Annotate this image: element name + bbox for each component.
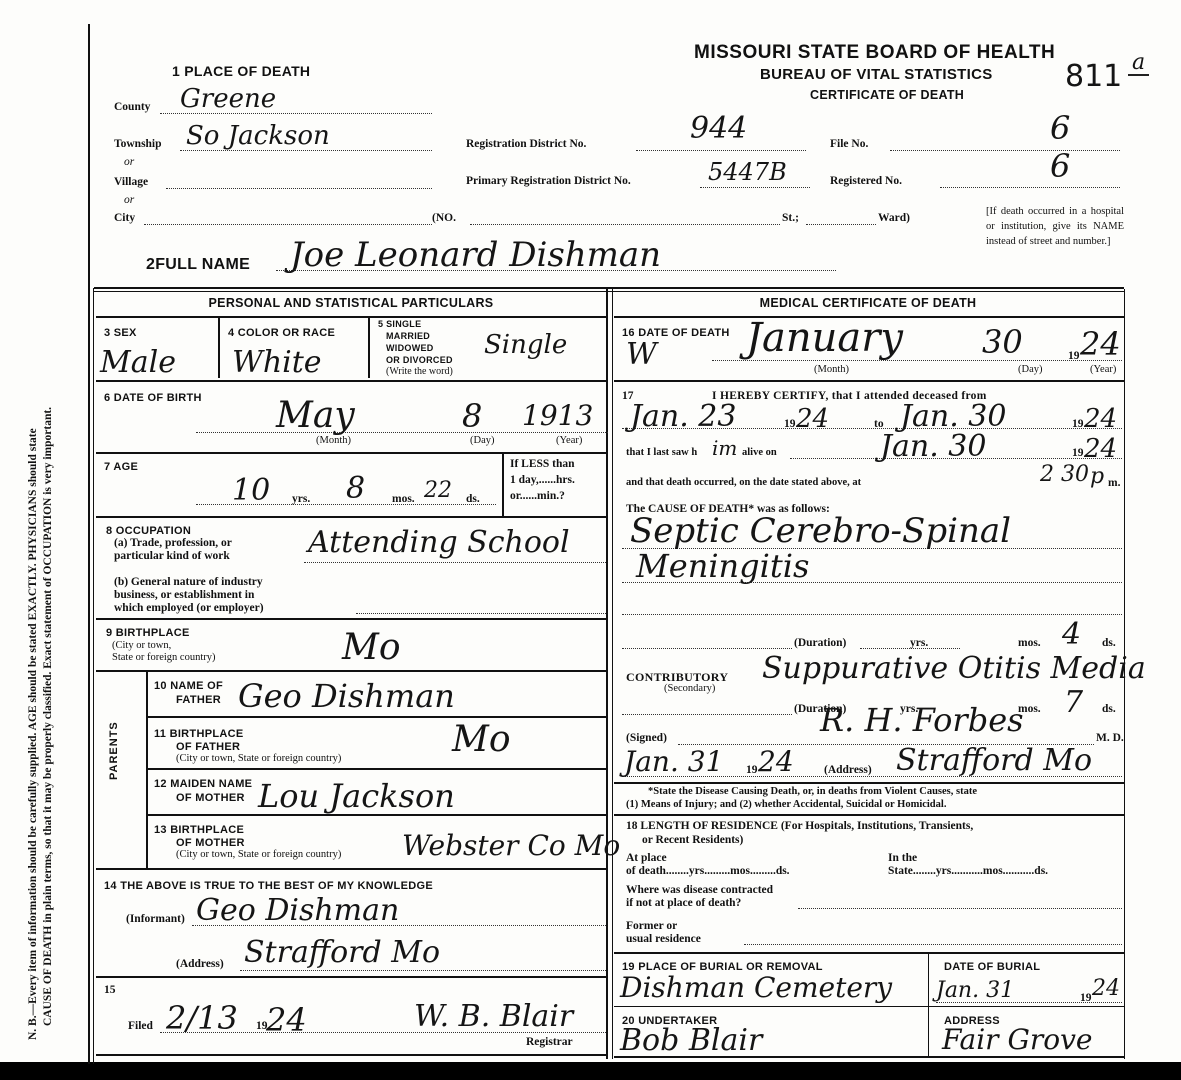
burial-date-label: DATE OF BURIAL xyxy=(944,961,1040,973)
informant-heading: 14 THE ABOVE IS TRUE TO THE BEST OF MY K… xyxy=(104,880,433,892)
dob-label: 6 DATE OF BIRTH xyxy=(104,392,202,404)
race-label: 4 COLOR OR RACE xyxy=(228,327,335,339)
dod-day-caption: (Day) xyxy=(1018,364,1043,375)
cause-line-1: Septic Cerebro-Spinal xyxy=(630,514,1011,548)
primary-reg-value: 5447B xyxy=(708,160,787,184)
less-than-2: 1 day,......hrs. xyxy=(510,474,575,486)
side-note-line-1: N. B.—Every item of information should b… xyxy=(26,40,41,1040)
father-birthplace-label-1: 11 BIRTHPLACE xyxy=(154,728,243,740)
signed-label: (Signed) xyxy=(626,732,667,744)
header-annotation-suffix: a xyxy=(1128,52,1149,76)
dod-year-caption: (Year) xyxy=(1090,364,1116,375)
signed-year: 24 xyxy=(758,748,794,776)
hospital-note: [If death occurred in a hospital or inst… xyxy=(986,204,1124,249)
last-saw-pronoun: im xyxy=(712,438,737,458)
duration-ds-1: ds. xyxy=(1102,637,1116,649)
village-label: Village xyxy=(114,176,148,188)
duration-days-2: 7 xyxy=(1064,688,1083,718)
to-year-prefix: 19 xyxy=(1072,418,1084,430)
footnote-line-2: (1) Means of Injury; and (2) whether Acc… xyxy=(626,799,946,810)
certificate-page: N. B.—Every item of information should b… xyxy=(0,0,1181,1062)
street-label: St.; xyxy=(782,212,799,224)
burial-year-prefix: 19 xyxy=(1080,992,1092,1004)
m-label: m. xyxy=(1108,477,1120,489)
county-label: County xyxy=(114,101,150,113)
less-than-3: or......min.? xyxy=(510,490,565,502)
birthplace-label: 9 BIRTHPLACE xyxy=(106,627,190,639)
sign-address-label: (Address) xyxy=(824,764,872,776)
sex-value: Male xyxy=(100,348,176,378)
occupation-a-1: (a) Trade, profession, or xyxy=(114,537,232,549)
age-days: 22 xyxy=(424,480,452,502)
reg-district-value: 944 xyxy=(690,114,747,144)
registrar-label: Registrar xyxy=(526,1036,573,1048)
death-time: 2 30 xyxy=(1040,464,1089,486)
dod-month: January xyxy=(746,318,903,358)
header-title: MISSOURI STATE BOARD OF HEALTH xyxy=(694,42,1055,64)
cause-line-2: Meningitis xyxy=(636,550,809,582)
dob-day: 8 xyxy=(462,400,482,432)
registered-no-label: Registered No. xyxy=(830,175,902,187)
age-ds-label: ds. xyxy=(466,493,480,505)
burial-date: Jan. 31 xyxy=(936,980,1014,1002)
primary-reg-label: Primary Registration District No. xyxy=(466,175,631,187)
marital-value: Single xyxy=(484,332,567,358)
or-label-2: or xyxy=(124,194,134,206)
frame-left-inner xyxy=(93,288,94,1064)
mother-label-2: OF MOTHER xyxy=(176,792,245,804)
burial-value: Dishman Cemetery xyxy=(620,974,892,1002)
father-birthplace-label-3: (City or town, State or foreign country) xyxy=(176,753,341,764)
registrar-value: W. B. Blair xyxy=(414,1002,573,1032)
occupation-b-3: which employed (or employer) xyxy=(114,602,264,614)
alive-on-label: alive on xyxy=(742,447,777,458)
dod-mark: W xyxy=(626,340,657,370)
column-divider xyxy=(606,289,608,1059)
father-value: Geo Dishman xyxy=(238,680,455,712)
header-form-name: CERTIFICATE OF DEATH xyxy=(810,88,964,102)
duration-yrs-1: yrs. xyxy=(910,637,928,649)
contracted-1: Where was disease contracted xyxy=(626,884,773,896)
side-note-line-2: CAUSE OF DEATH in plain terms, so that i… xyxy=(41,40,56,1040)
burial-year: 24 xyxy=(1092,978,1120,1000)
age-months: 8 xyxy=(346,474,365,504)
race-value: White xyxy=(232,348,322,378)
age-mos-label: mos. xyxy=(392,493,415,505)
father-label-1: 10 NAME OF xyxy=(154,680,223,692)
last-year: 24 xyxy=(1084,436,1117,462)
township-label: Township xyxy=(114,138,162,150)
footnote-line-1: *State the Disease Causing Death, or, in… xyxy=(648,786,977,797)
residence-label-1: 18 LENGTH OF RESIDENCE (For Hospitals, I… xyxy=(626,820,973,832)
contributory-value: Suppurative Otitis Media xyxy=(762,654,1146,684)
birthplace-sub-2: State or foreign country) xyxy=(112,652,216,663)
former-2: usual residence xyxy=(626,933,701,945)
registered-no-value: 6 xyxy=(1050,150,1070,182)
attended-from: Jan. 23 xyxy=(630,402,736,432)
informant-label: (Informant) xyxy=(126,913,185,925)
marital-label-5: (Write the word) xyxy=(386,366,453,377)
undertaker-address-value: Fair Grove xyxy=(942,1026,1092,1054)
dod-month-caption: (Month) xyxy=(814,364,849,375)
contracted-2: if not at place of death? xyxy=(626,897,741,909)
informant-value: Geo Dishman xyxy=(196,896,399,926)
informant-address-label: (Address) xyxy=(176,958,224,970)
attended-to: Jan. 30 xyxy=(900,402,1006,432)
ward-label: Ward) xyxy=(878,212,910,224)
dob-month-caption: (Month) xyxy=(316,435,351,446)
dod-year: 24 xyxy=(1080,328,1121,360)
age-label: 7 AGE xyxy=(104,461,138,473)
from-year-prefix: 19 xyxy=(784,418,796,430)
at-place-1: At place xyxy=(626,852,667,864)
birthplace-sub-1: (City or town, xyxy=(112,640,171,651)
file-no-value: 6 xyxy=(1050,112,1070,144)
marital-label-2: MARRIED xyxy=(386,331,430,341)
dob-month: May xyxy=(276,398,355,434)
mother-birthplace-label-2: OF MOTHER xyxy=(176,837,245,849)
dob-day-caption: (Day) xyxy=(470,435,495,446)
occupation-b-2: business, or establishment in xyxy=(114,589,254,601)
dod-year-prefix: 19 xyxy=(1068,350,1080,362)
signed-year-prefix: 19 xyxy=(746,764,758,776)
medical-heading: MEDICAL CERTIFICATE OF DEATH xyxy=(614,296,1122,310)
last-saw-label: that I last saw h xyxy=(626,447,697,458)
or-label-1: or xyxy=(124,156,134,168)
side-instructions: N. B.—Every item of information should b… xyxy=(4,40,74,1040)
dob-year: 1913 xyxy=(522,402,593,430)
city-label: City xyxy=(114,212,135,224)
file-no-label: File No. xyxy=(830,138,868,150)
md-label: M. D. xyxy=(1096,732,1124,744)
last-saw-date: Jan. 30 xyxy=(880,432,986,462)
in-state-2: State........yrs...........mos..........… xyxy=(888,865,1048,877)
signed-date: Jan. 31 xyxy=(624,748,723,776)
father-birthplace-label-2: OF FATHER xyxy=(176,741,240,753)
mother-value: Lou Jackson xyxy=(258,780,455,812)
contributory-sub: (Secondary) xyxy=(664,683,715,694)
header-annotation: 811 xyxy=(1065,62,1122,92)
filed-label: Filed xyxy=(128,1020,153,1032)
from-year: 24 xyxy=(796,406,829,432)
in-state-1: In the xyxy=(888,852,917,864)
sex-label: 3 SEX xyxy=(104,327,137,339)
birthplace-value: Mo xyxy=(342,630,401,666)
duration-ds-2: ds. xyxy=(1102,703,1116,715)
place-of-death-heading: 1 PLACE OF DEATH xyxy=(172,63,310,79)
marital-label-1: 5 SINGLE xyxy=(378,319,421,329)
street-no-label: (NO. xyxy=(432,212,456,224)
dod-day: 30 xyxy=(982,326,1023,358)
death-time-label: and that death occurred, on the date sta… xyxy=(626,477,861,488)
at-place-2: of death........yrs.........mos.........… xyxy=(626,865,790,877)
to-year: 24 xyxy=(1084,406,1117,432)
filed-year: 24 xyxy=(266,1004,307,1036)
occupation-label: 8 OCCUPATION xyxy=(106,525,191,537)
reg-district-label: Registration District No. xyxy=(466,138,586,150)
signed-value: R. H. Forbes xyxy=(820,704,1024,736)
marital-label-4: OR DIVORCED xyxy=(386,355,453,365)
full-name-label: 2FULL NAME xyxy=(146,256,250,274)
occupation-a-2: particular kind of work xyxy=(114,550,230,562)
less-than-1: If LESS than xyxy=(510,458,575,470)
mother-label-1: 12 MAIDEN NAME xyxy=(154,778,252,790)
duration-label-1: (Duration) xyxy=(794,637,846,649)
occupation-a-value: Attending School xyxy=(308,528,570,558)
township-value: So Jackson xyxy=(186,123,330,149)
parents-label: PARENTS xyxy=(108,721,120,780)
filed-date: 2/13 xyxy=(166,1002,238,1034)
duration-mos-1: mos. xyxy=(1018,637,1041,649)
undertaker-value: Bob Blair xyxy=(620,1026,762,1056)
sign-address-value: Strafford Mo xyxy=(896,746,1092,776)
mother-birthplace-label-1: 13 BIRTHPLACE xyxy=(154,824,244,836)
age-years: 10 xyxy=(232,476,270,506)
residence-label-2: or Recent Residents) xyxy=(642,834,743,846)
frame-left xyxy=(88,24,90,1064)
death-time-suffix: p xyxy=(1090,466,1104,488)
duration-days-1: 4 xyxy=(1062,620,1081,650)
occupation-b-1: (b) General nature of industry xyxy=(114,576,263,588)
county-value: Greene xyxy=(180,86,276,112)
informant-address-value: Strafford Mo xyxy=(244,938,440,968)
header-subtitle: BUREAU OF VITAL STATISTICS xyxy=(760,66,993,83)
father-label-2: FATHER xyxy=(176,694,221,706)
full-name-value: Joe Leonard Dishman xyxy=(290,238,661,272)
former-1: Former or xyxy=(626,920,677,932)
dob-year-caption: (Year) xyxy=(556,435,582,446)
filed-number: 15 xyxy=(104,984,116,996)
age-yrs-label: yrs. xyxy=(292,493,310,505)
father-birthplace-value: Mo xyxy=(452,722,511,758)
marital-label-3: WIDOWED xyxy=(386,343,434,353)
mother-birthplace-value: Webster Co Mo xyxy=(402,832,620,860)
personal-heading: PERSONAL AND STATISTICAL PARTICULARS xyxy=(96,296,606,310)
mother-birthplace-label-3: (City or town, State or foreign country) xyxy=(176,849,341,860)
last-year-prefix: 19 xyxy=(1072,447,1084,459)
